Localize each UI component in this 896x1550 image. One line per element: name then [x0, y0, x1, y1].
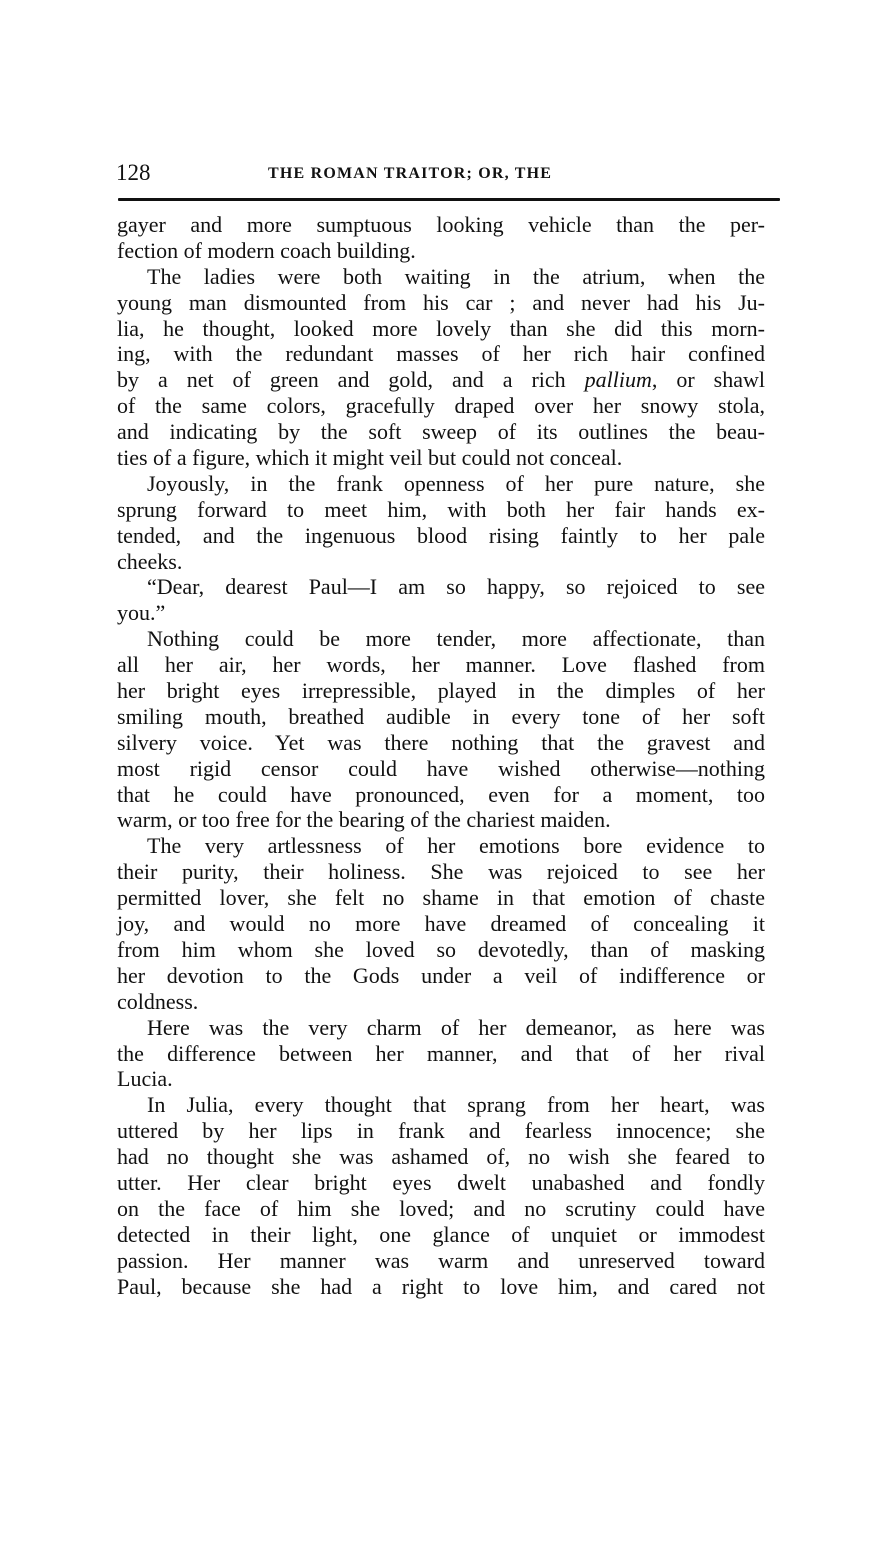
- text-line: tended, and the ingenuous blood rising f…: [117, 523, 765, 549]
- text-line: most rigid censor could have wished othe…: [117, 756, 765, 782]
- text-line: on the face of him she loved; and no scr…: [117, 1196, 765, 1222]
- text-line: and indicating by the soft sweep of its …: [117, 419, 765, 445]
- text-line: sprung forward to meet him, with both he…: [117, 497, 765, 523]
- text-line: of the same colors, gracefully draped ov…: [117, 393, 765, 419]
- italic-word: pallium: [585, 367, 652, 392]
- book-page: 128 THE ROMAN TRAITOR; OR, THE gayer and…: [0, 0, 896, 1550]
- text-line: fection of modern coach building.: [117, 238, 765, 264]
- text-line: their purity, their holiness. She was re…: [117, 859, 765, 885]
- paragraph: The very artlessness of her emotions bor…: [117, 833, 765, 1014]
- text-line: ties of a figure, which it might veil bu…: [117, 445, 765, 471]
- text-line-with-italic: by a net of green and gold, and a rich p…: [117, 367, 765, 393]
- text-line: cheeks.: [117, 549, 765, 575]
- text-line: you.”: [117, 600, 765, 626]
- text-line: joy, and would no more have dreamed of c…: [117, 911, 765, 937]
- text-line: coldness.: [117, 989, 765, 1015]
- text-line: “Dear, dearest Paul—I am so happy, so re…: [117, 574, 765, 600]
- text-line: uttered by her lips in frank and fearles…: [117, 1118, 765, 1144]
- text-line: Here was the very charm of her demeanor,…: [117, 1015, 765, 1041]
- paragraph: Here was the very charm of her demeanor,…: [117, 1015, 765, 1093]
- page-number: 128: [116, 160, 151, 186]
- text-line: Lucia.: [117, 1066, 765, 1092]
- body-text: gayer and more sumptuous looking vehicle…: [117, 212, 765, 1299]
- paragraph-dialogue: “Dear, dearest Paul—I am so happy, so re…: [117, 574, 765, 626]
- text-line: The ladies were both waiting in the atri…: [117, 264, 765, 290]
- text-line: her devotion to the Gods under a veil of…: [117, 963, 765, 989]
- text-line: silvery voice. Yet was there nothing tha…: [117, 730, 765, 756]
- paragraph: In Julia, every thought that sprang from…: [117, 1092, 765, 1299]
- text-line: passion. Her manner was warm and unreser…: [117, 1248, 765, 1274]
- paragraph: Nothing could be more tender, more affec…: [117, 626, 765, 833]
- text-fragment: , or shawl: [652, 367, 765, 392]
- text-line: from him whom she loved so devotedly, th…: [117, 937, 765, 963]
- text-line: detected in their light, one glance of u…: [117, 1222, 765, 1248]
- running-head: 128 THE ROMAN TRAITOR; OR, THE: [116, 160, 776, 190]
- text-line: smiling mouth, breathed audible in every…: [117, 704, 765, 730]
- text-line: permitted lover, she felt no shame in th…: [117, 885, 765, 911]
- text-line: Nothing could be more tender, more affec…: [117, 626, 765, 652]
- text-fragment: by a net of green and gold, and a rich: [117, 367, 585, 392]
- text-line: her bright eyes irrepressible, played in…: [117, 678, 765, 704]
- text-line: utter. Her clear bright eyes dwelt unaba…: [117, 1170, 765, 1196]
- paragraph: The ladies were both waiting in the atri…: [117, 264, 765, 471]
- paragraph: Joyously, in the frank openness of her p…: [117, 471, 765, 575]
- running-title: THE ROMAN TRAITOR; OR, THE: [268, 165, 552, 183]
- text-line: Paul, because she had a right to love hi…: [117, 1274, 765, 1300]
- text-line: the difference between her manner, and t…: [117, 1041, 765, 1067]
- text-line: had no thought she was ashamed of, no wi…: [117, 1144, 765, 1170]
- text-line: In Julia, every thought that sprang from…: [117, 1092, 765, 1118]
- text-line: gayer and more sumptuous looking vehicle…: [117, 212, 765, 238]
- header-rule: [118, 198, 780, 201]
- text-line: that he could have pronounced, even for …: [117, 782, 765, 808]
- text-line: The very artlessness of her emotions bor…: [117, 833, 765, 859]
- text-line: all her air, her words, her manner. Love…: [117, 652, 765, 678]
- text-line: ing, with the redundant masses of her ri…: [117, 341, 765, 367]
- paragraph-continuation: gayer and more sumptuous looking vehicle…: [117, 212, 765, 264]
- text-line: lia, he thought, looked more lovely than…: [117, 316, 765, 342]
- text-line: warm, or too free for the bearing of the…: [117, 807, 765, 833]
- text-line: young man dismounted from his car ; and …: [117, 290, 765, 316]
- text-line: Joyously, in the frank openness of her p…: [117, 471, 765, 497]
